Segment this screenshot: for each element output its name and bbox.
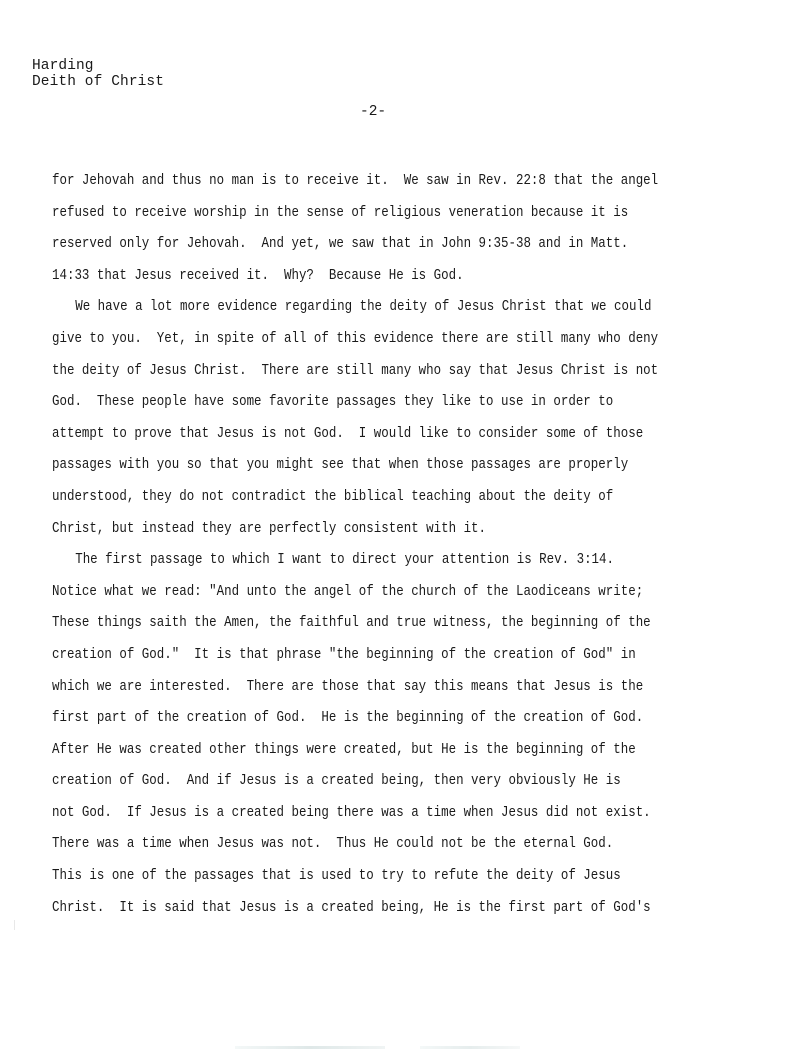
text-line: reserved only for Jehovah. And yet, we s… [52,229,671,261]
text-line: creation of God. And if Jesus is a creat… [52,766,671,798]
text-line: creation of God." It is that phrase "the… [52,640,671,672]
text-line: the deity of Jesus Christ. There are sti… [52,356,671,388]
text-line: first part of the creation of God. He is… [52,703,671,735]
text-line: God. These people have some favorite pas… [52,387,671,419]
text-line: attempt to prove that Jesus is not God. … [52,419,671,451]
text-line: Christ, but instead they are perfectly c… [52,514,671,546]
scan-smudge [235,1046,385,1049]
document-title: Deith of Christ [32,74,164,90]
text-line: The first passage to which I want to dir… [52,545,671,577]
scan-mark [14,920,15,930]
text-line: refused to receive worship in the sense … [52,198,671,230]
text-line: which we are interested. There are those… [52,672,671,704]
body-text: for Jehovah and thus no man is to receiv… [52,166,772,924]
text-line: This is one of the passages that is used… [52,861,671,893]
page-number: -2- [360,104,386,120]
text-line: understood, they do not contradict the b… [52,482,671,514]
text-line: There was a time when Jesus was not. Thu… [52,829,671,861]
author-name: Harding [32,58,164,74]
scan-smudge [420,1046,520,1049]
text-line: After He was created other things were c… [52,735,671,767]
text-line: passages with you so that you might see … [52,450,671,482]
document-header: Harding Deith of Christ [32,58,164,90]
text-line: We have a lot more evidence regarding th… [52,292,671,324]
text-line: Christ. It is said that Jesus is a creat… [52,893,671,925]
text-line: for Jehovah and thus no man is to receiv… [52,166,671,198]
text-line: Notice what we read: "And unto the angel… [52,577,671,609]
text-line: give to you. Yet, in spite of all of thi… [52,324,671,356]
text-line: These things saith the Amen, the faithfu… [52,608,671,640]
text-line: not God. If Jesus is a created being the… [52,798,671,830]
text-line: 14:33 that Jesus received it. Why? Becau… [52,261,671,293]
